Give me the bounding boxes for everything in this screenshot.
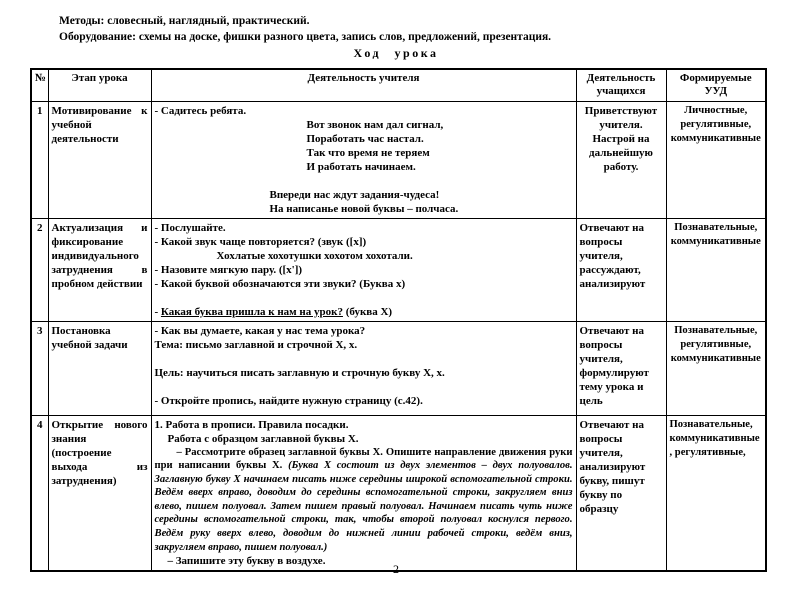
teacher-line: - Какой звук чаще повторяется? (звук ([х…: [155, 235, 573, 249]
row-number: 2: [31, 218, 48, 321]
goal-label: Цель:: [155, 367, 184, 379]
header-stage: Этап урока: [48, 69, 151, 101]
header-num: №: [31, 69, 48, 101]
theme-line: Тема: письмо заглавной и строчной Х, х.: [155, 338, 573, 352]
teacher-line: - Откройте пропись, найдите нужную стран…: [155, 394, 573, 408]
students-cell: Отвечают на вопросы учителя, рассуждают,…: [576, 218, 666, 321]
table-row: 4 Открытие нового знания (построение вых…: [31, 415, 766, 571]
students-cell: Отвечают на вопросы учителя, формулируют…: [576, 321, 666, 415]
teacher-line: - Послушайте.: [155, 221, 573, 235]
teacher-line: - Назовите мягкую пару. ([х']): [155, 263, 573, 277]
poem-line: Впереди нас ждут задания-чудеса!: [270, 188, 573, 202]
teacher-line: - Как вы думаете, какая у нас тема урока…: [155, 324, 573, 338]
underlined-question: Какая буква пришла к нам на урок?: [161, 306, 343, 318]
students-cell: Отвечают на вопросы учителя, анализируют…: [576, 415, 666, 571]
teacher-cell: - Как вы думаете, какая у нас тема урока…: [151, 321, 576, 415]
theme-text: письмо заглавной и строчной Х, х.: [183, 339, 357, 351]
row-number: 4: [31, 415, 48, 571]
uud-cell: Познавательные, коммуникативные , регуля…: [666, 415, 766, 571]
stage-cell: Актуализация и фиксирование индивидуальн…: [48, 218, 151, 321]
stage-cell: Открытие нового знания (построение выход…: [48, 415, 151, 571]
teacher-cell: - Садитесь ребята. Вот звонок нам дал си…: [151, 101, 576, 218]
stage-cell: Мотивирование к учебной деятельности: [48, 101, 151, 218]
uud-cell: Познавательные, коммуникативные: [666, 218, 766, 321]
teacher-line: - Садитесь ребята.: [155, 104, 573, 118]
task-subheading: Работа с образцом заглавной буквы Х.: [155, 432, 573, 446]
methods-line: Методы: словесный, наглядный, практическ…: [59, 13, 551, 29]
poem-line: Поработать час настал.: [307, 132, 573, 146]
teacher-cell: 1. Работа в прописи. Правила посадки. Ра…: [151, 415, 576, 571]
poem-line: Так что время не теряем: [307, 146, 573, 160]
tongue-twister: Хохлатые хохотушки хохотом хохотали.: [217, 249, 573, 263]
row-number: 1: [31, 101, 48, 218]
document-intro: Методы: словесный, наглядный, практическ…: [59, 13, 551, 45]
stage-cell: Постановка учебной задачи: [48, 321, 151, 415]
teacher-line: - Какой буквой обозначаются эти звуки? (…: [155, 277, 573, 291]
instruction-italic: (Буква Х состоит из двух элементов – дву…: [155, 460, 573, 553]
table-header-row: № Этап урока Деятельность учителя Деятел…: [31, 69, 766, 101]
teacher-cell: - Послушайте. - Какой звук чаще повторяе…: [151, 218, 576, 321]
row-number: 3: [31, 321, 48, 415]
table-row: 3 Постановка учебной задачи - Как вы дум…: [31, 321, 766, 415]
goal-line: Цель: научиться писать заглавную и строч…: [155, 366, 573, 380]
theme-label: Тема:: [155, 339, 183, 351]
equipment-line: Оборудование: схемы на доске, фишки разн…: [59, 29, 551, 45]
page-title: Ход урока: [0, 46, 792, 61]
methods-label: Методы:: [59, 15, 104, 27]
instruction-paragraph: – Рассмотрите образец заглавной буквы Х.…: [155, 446, 573, 555]
poem-final-block: Впереди нас ждут задания-чудеса! На напи…: [270, 188, 573, 216]
header-uud: Формируемые УУД: [666, 69, 766, 101]
students-cell: Приветствуют учителя. Настрой на дальней…: [576, 101, 666, 218]
poem-line: Вот звонок нам дал сигнал,: [307, 118, 573, 132]
page-number: 2: [0, 562, 792, 577]
poem-block: Вот звонок нам дал сигнал, Поработать ча…: [307, 118, 573, 174]
goal-text: научиться писать заглавную и строчную бу…: [184, 367, 445, 379]
question-tail: (буква Х): [343, 306, 392, 318]
table-row: 1 Мотивирование к учебной деятельности -…: [31, 101, 766, 218]
table-row: 2 Актуализация и фиксирование индивидуал…: [31, 218, 766, 321]
methods-text: словесный, наглядный, практический.: [104, 15, 309, 27]
teacher-line: - Какая буква пришла к нам на урок? (бук…: [155, 305, 573, 319]
task-heading: 1. Работа в прописи. Правила посадки.: [155, 418, 573, 432]
header-teacher: Деятельность учителя: [151, 69, 576, 101]
header-students: Деятельность учащихся: [576, 69, 666, 101]
lesson-plan-table: № Этап урока Деятельность учителя Деятел…: [30, 68, 767, 572]
equipment-text: схемы на доске, фишки разного цвета, зап…: [136, 31, 551, 43]
uud-cell: Познавательные, регулятивные, коммуникат…: [666, 321, 766, 415]
uud-cell: Личностные, регулятивные, коммуникативны…: [666, 101, 766, 218]
equipment-label: Оборудование:: [59, 31, 136, 43]
poem-line: На написанье новой буквы – полчаса.: [270, 202, 573, 216]
poem-line: И работать начинаем.: [307, 160, 573, 174]
